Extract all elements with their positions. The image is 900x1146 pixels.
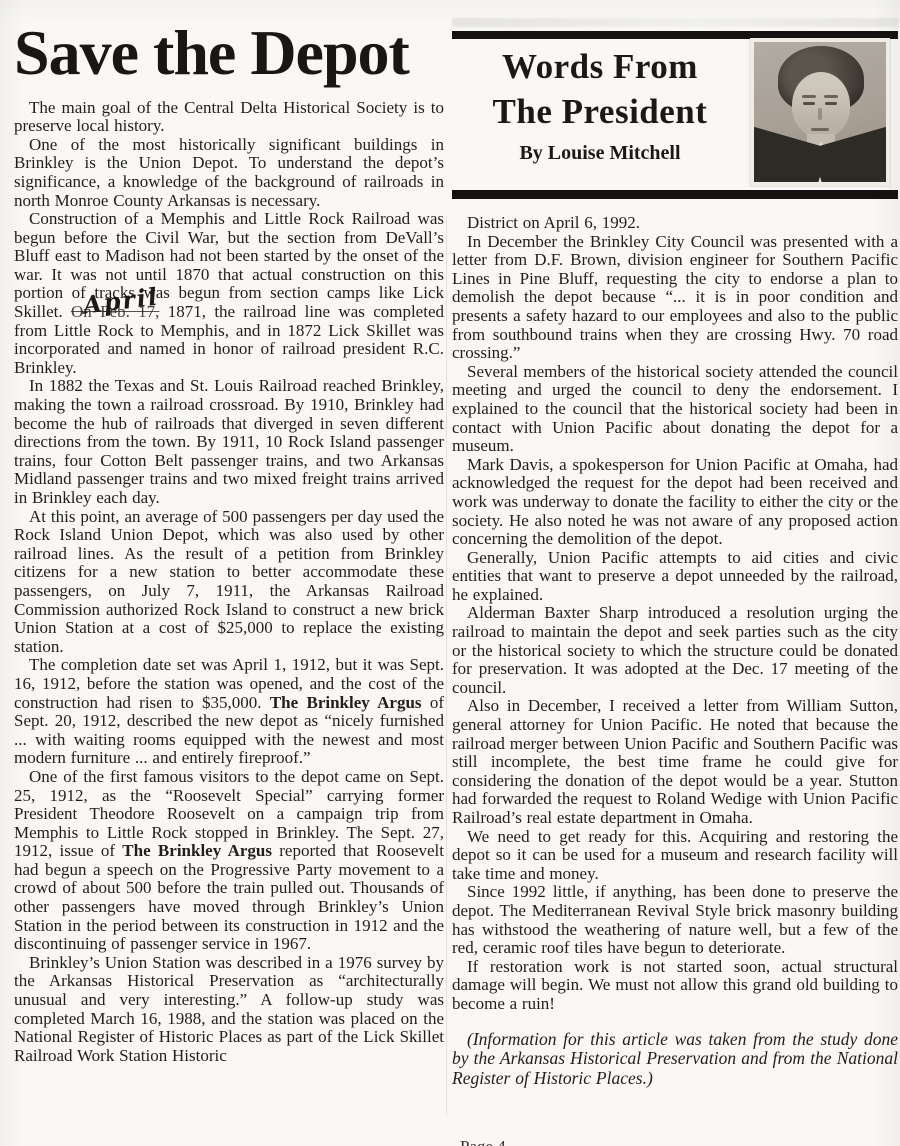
article-paragraph: One of the first famous visitors to the … (14, 768, 444, 954)
article-paragraph: Generally, Union Pacific attempts to aid… (452, 549, 898, 605)
text-run: Generally, Union Pacific attempts to aid… (452, 548, 898, 604)
president-masthead: Words From The President By Louise Mitch… (452, 0, 898, 205)
text-run: Since 1992 little, if anything, has been… (452, 882, 898, 957)
text-run: If restoration work is not started soon,… (452, 957, 898, 1013)
scan-ghost-artifact (452, 18, 898, 27)
text-run: One of the most historically significant… (14, 135, 444, 210)
article-paragraph: We need to get ready for this. Acquiring… (452, 828, 898, 884)
article-paragraph: The main goal of the Central Delta Histo… (14, 99, 444, 136)
article-paragraph: The completion date set was April 1, 191… (14, 656, 444, 768)
text-run: Mark Davis, a spokesperson for Union Pac… (452, 455, 898, 548)
left-article-body: The main goal of the Central Delta Histo… (14, 99, 444, 1066)
article-footnote: (Information for this article was taken … (452, 1030, 898, 1089)
article-paragraph: Construction of a Memphis and Little Roc… (14, 210, 444, 377)
text-run: We need to get ready for this. Acquiring… (452, 827, 898, 883)
president-photo (750, 38, 890, 186)
photo-eye-right (825, 102, 837, 105)
text-run: In 1882 the Texas and St. Louis Railroad… (14, 376, 444, 507)
article-paragraph: District on April 6, 1992. (452, 214, 898, 233)
bold-run: The Brinkley Argus (270, 693, 422, 712)
photo-mouth (811, 128, 829, 131)
text-run: Also in December, I received a letter fr… (452, 696, 898, 827)
article-paragraph: Several members of the historical societ… (452, 363, 898, 456)
text-run: In December the Brinkley City Council wa… (452, 232, 898, 363)
article-paragraph: If restoration work is not started soon,… (452, 958, 898, 1014)
text-run: Alderman Baxter Sharp introduced a resol… (452, 603, 898, 696)
article-paragraph: Also in December, I received a letter fr… (452, 697, 898, 827)
photo-eye-left (803, 102, 815, 105)
masthead-title: Words From The President (452, 44, 748, 134)
text-run: District on April 6, 1992. (467, 213, 640, 232)
article-paragraph: Mark Davis, a spokesperson for Union Pac… (452, 456, 898, 549)
article-paragraph: In 1882 the Texas and St. Louis Railroad… (14, 377, 444, 507)
article-paragraph: Since 1992 little, if anything, has been… (452, 883, 898, 957)
article-paragraph: Alderman Baxter Sharp introduced a resol… (452, 604, 898, 697)
photo-brow-right (824, 95, 838, 98)
article-paragraph: One of the most historically significant… (14, 136, 444, 210)
text-run: At this point, an average of 500 passeng… (14, 507, 444, 656)
masthead-title-line1: Words From (452, 44, 748, 89)
masthead-byline: By Louise Mitchell (452, 142, 748, 165)
article-headline: Save the Depot (14, 20, 444, 87)
left-column: Save the Depot The main goal of the Cent… (14, 20, 444, 1065)
text-run: The main goal of the Central Delta Histo… (14, 98, 444, 136)
masthead-rule-bottom (452, 190, 898, 199)
photo-nose (818, 108, 822, 120)
page-number: Page 4 (460, 1137, 506, 1146)
photo-brow-left (802, 95, 816, 98)
article-paragraph: In December the Brinkley City Council wa… (452, 233, 898, 363)
president-photo-image (754, 42, 886, 182)
right-article-body: District on April 6, 1992.In December th… (452, 214, 898, 1014)
column-gutter-line (446, 215, 447, 1115)
right-column: Words From The President By Louise Mitch… (452, 0, 898, 1106)
newsletter-page: Save the Depot The main goal of the Cent… (0, 0, 900, 1146)
struck-printed-text: On Feb. 17, (71, 302, 159, 321)
text-run: Brinkley’s Union Station was described i… (14, 953, 444, 1065)
handwritten-correction: On Feb. 17,April (71, 302, 159, 321)
article-paragraph: At this point, an average of 500 passeng… (14, 508, 444, 657)
bold-run: The Brinkley Argus (122, 841, 272, 860)
text-run: Several members of the historical societ… (452, 362, 898, 455)
masthead-title-line2: The President (452, 89, 748, 134)
article-paragraph: Brinkley’s Union Station was described i… (14, 954, 444, 1066)
